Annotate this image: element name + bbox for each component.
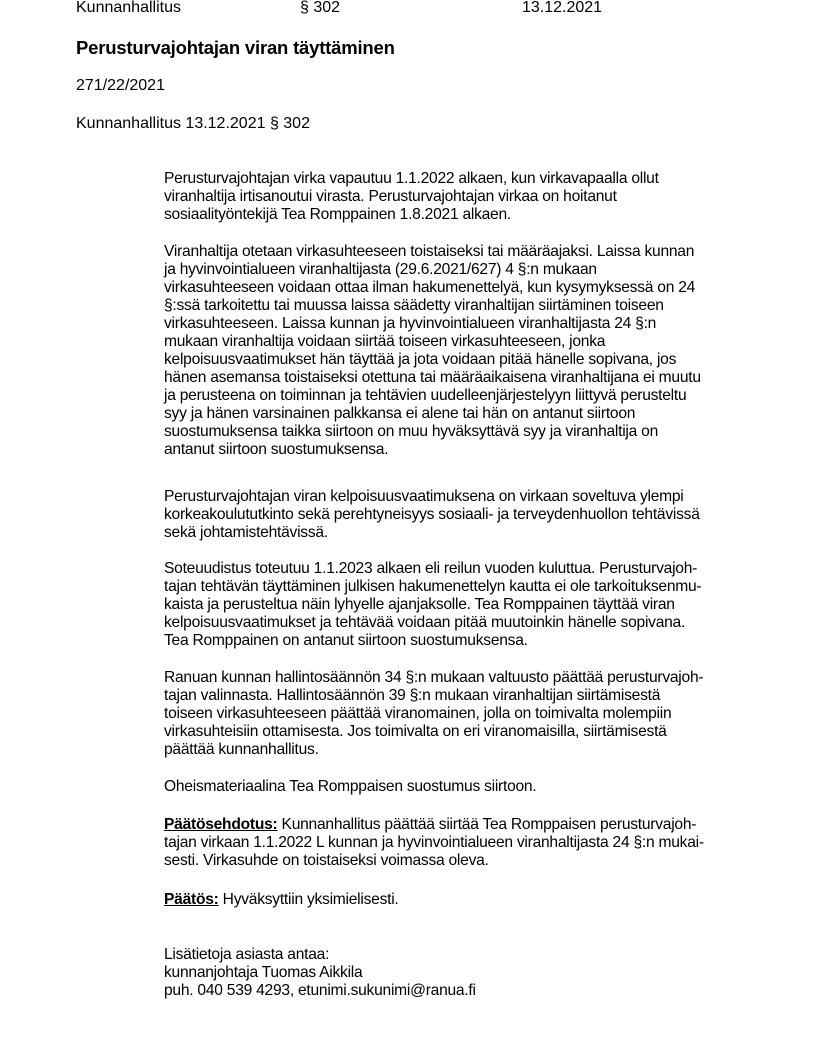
text-line: ja perusteena on toiminnan ja tehtävien … <box>164 387 764 405</box>
text-line: sosiaalityöntekijä Tea Romppainen 1.8.20… <box>164 206 764 224</box>
text-line: viranhaltija irtisanoutui virasta. Perus… <box>164 188 764 206</box>
text-line: kelpoisuusvaatimukset ja tehtävää voidaa… <box>164 614 764 632</box>
text-line: syy ja hänen varsinainen palkkansa ei al… <box>164 405 764 423</box>
header-date: 13.12.2021 <box>522 0 602 18</box>
meeting-reference: Kunnanhallitus 13.12.2021 § 302 <box>76 114 310 134</box>
text-line: päättää kunnanhallitus. <box>164 741 764 759</box>
text-line: kelpoisuusvaatimukset hän täyttää ja jot… <box>164 351 764 369</box>
text-line: ja hyvinvointialueen viranhaltijasta (29… <box>164 261 764 279</box>
text-line: §:ssä tarkoitettu tai muussa laissa sääd… <box>164 297 764 315</box>
contact-person: kunnanjohtaja Tuomas Aikkila <box>164 964 764 982</box>
paragraph-attachment: Oheismateriaalina Tea Romppaisen suostum… <box>164 778 764 796</box>
paragraph-administrative-rules: Ranuan kunnan hallintosäännön 34 §:n muk… <box>164 669 764 759</box>
proposal-text: Kunnanhallitus päättää siirtää Tea Rompp… <box>277 816 696 833</box>
paragraph-vacancy: Perusturvajohtajan virka vapautuu 1.1.20… <box>164 170 764 224</box>
record-number: 271/22/2021 <box>76 76 165 96</box>
text-line: korkeakoulututkinto sekä perehtyneisyys … <box>164 506 764 524</box>
text-line: Oheismateriaalina Tea Romppaisen suostum… <box>164 778 764 796</box>
text-line: toiseen virkasuhteeseen päättää viranoma… <box>164 705 764 723</box>
text-line: sesti. Virkasuhde on toistaiseksi voimas… <box>164 852 764 870</box>
text-line: Perusturvajohtajan viran kelpoisuusvaati… <box>164 488 764 506</box>
text-line: virkasuhteeseen voidaan ottaa ilman haku… <box>164 279 764 297</box>
text-line: tajan virkaan 1.1.2022 L kunnan ja hyvin… <box>164 834 764 852</box>
text-line: mukaan viranhaltija voidaan siirtää tois… <box>164 333 764 351</box>
text-line: virkasuhteisiin ottamisesta. Jos toimiva… <box>164 723 764 741</box>
decision-label: Päätös: <box>164 891 219 908</box>
text-line: Perusturvajohtajan virka vapautuu 1.1.20… <box>164 170 764 188</box>
document-title: Perusturvajohtajan viran täyttäminen <box>76 37 395 59</box>
text-line: tajan valinnasta. Hallintosäännön 39 §:n… <box>164 687 764 705</box>
text-line: Päätös: Hyväksyttiin yksimielisesti. <box>164 891 764 909</box>
contact-info: Lisätietoja asiasta antaa: kunnanjohtaja… <box>164 946 764 1000</box>
header-section-number: § 302 <box>300 0 340 18</box>
text-line: Tea Romppainen on antanut siirtoon suost… <box>164 632 764 650</box>
text-line: hänen asemansa toistaiseksi otettuna tai… <box>164 369 764 387</box>
text-line: sekä johtamistehtävissä. <box>164 524 764 542</box>
decision-text: Hyväksyttiin yksimielisesti. <box>219 891 399 908</box>
paragraph-legal-basis: Viranhaltija otetaan virkasuhteeseen toi… <box>164 243 764 459</box>
text-line: Soteuudistus toteutuu 1.1.2023 alkaen el… <box>164 560 764 578</box>
decision: Päätös: Hyväksyttiin yksimielisesti. <box>164 891 764 909</box>
paragraph-reform: Soteuudistus toteutuu 1.1.2023 alkaen el… <box>164 560 764 650</box>
header-body-name: Kunnanhallitus <box>76 0 181 18</box>
text-line: virkasuhteeseen. Laissa kunnan ja hyvinv… <box>164 315 764 333</box>
text-line: kaista ja perusteltua näin lyhyelle ajan… <box>164 596 764 614</box>
text-line: Ranuan kunnan hallintosäännön 34 §:n muk… <box>164 669 764 687</box>
text-line: suostumuksensa taikka siirtoon on muu hy… <box>164 423 764 441</box>
text-line: tajan tehtävän täyttäminen julkisen haku… <box>164 578 764 596</box>
decision-proposal: Päätösehdotus: Kunnanhallitus päättää si… <box>164 816 764 870</box>
proposal-label: Päätösehdotus: <box>164 816 277 833</box>
paragraph-qualifications: Perusturvajohtajan viran kelpoisuusvaati… <box>164 488 764 542</box>
contact-details: puh. 040 539 4293, etunimi.sukunimi@ranu… <box>164 982 764 1000</box>
text-line: Viranhaltija otetaan virkasuhteeseen toi… <box>164 243 764 261</box>
contact-heading: Lisätietoja asiasta antaa: <box>164 946 764 964</box>
text-line: antanut siirtoon suostumuksensa. <box>164 441 764 459</box>
text-line: Päätösehdotus: Kunnanhallitus päättää si… <box>164 816 764 834</box>
